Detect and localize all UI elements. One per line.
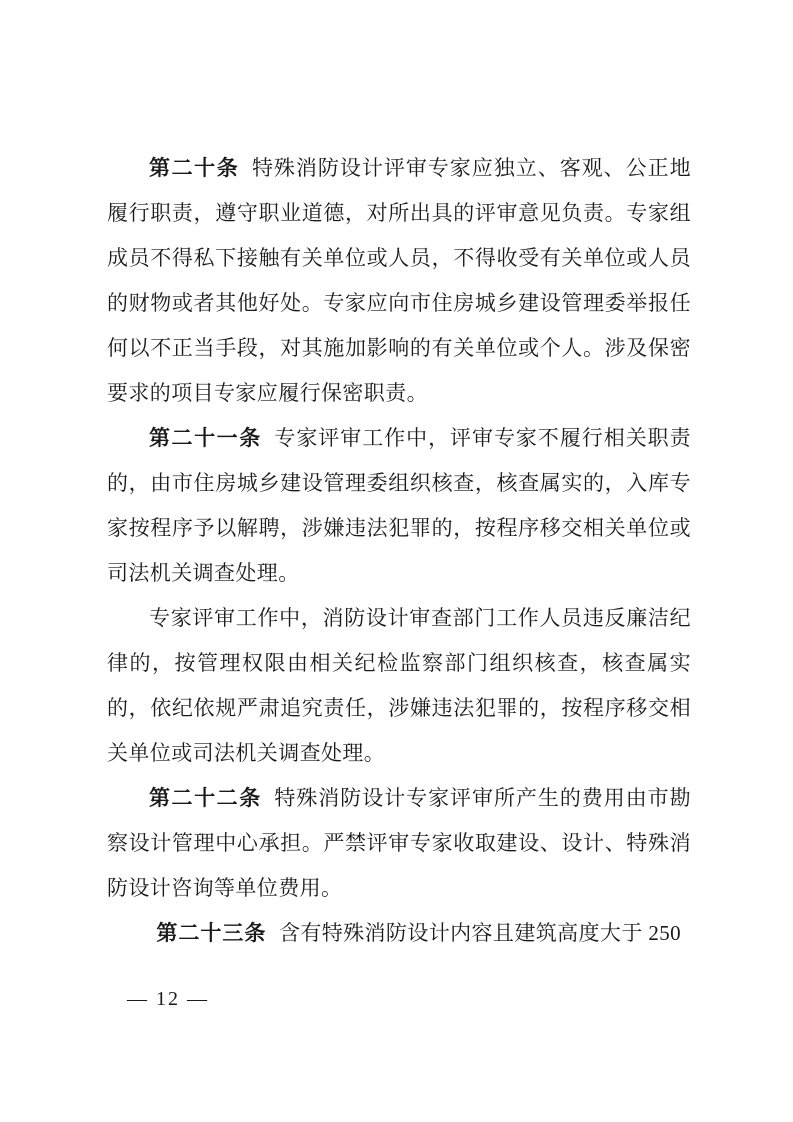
article-number: 第二十三条	[156, 921, 266, 945]
article-number: 第二十条	[149, 156, 239, 180]
document-body: 第二十条特殊消防设计评审专家应独立、客观、公正地履行职责，遵守职业道德，对所出具…	[107, 146, 691, 956]
paragraph-text: 含有特殊消防设计内容且建筑高度大于 250	[279, 921, 681, 945]
paragraph: 专家评审工作中，消防设计审查部门工作人员违反廉洁纪律的，按管理权限由相关纪检监察…	[107, 596, 691, 776]
paragraph: 第二十一条专家评审工作中，评审专家不履行相关职责的，由市住房城乡建设管理委组织核…	[107, 416, 691, 596]
article-number: 第二十二条	[149, 786, 262, 810]
paragraph-text: 特殊消防设计评审专家应独立、客观、公正地履行职责，遵守职业道德，对所出具的评审意…	[107, 156, 691, 405]
paragraph: 第二十条特殊消防设计评审专家应独立、客观、公正地履行职责，遵守职业道德，对所出具…	[107, 146, 691, 416]
paragraph: 第二十三条含有特殊消防设计内容且建筑高度大于 250	[107, 911, 691, 956]
document-page: 第二十条特殊消防设计评审专家应独立、客观、公正地履行职责，遵守职业道德，对所出具…	[0, 0, 793, 1122]
paragraph: 第二十二条特殊消防设计专家评审所产生的费用由市勘察设计管理中心承担。严禁评审专家…	[107, 776, 691, 911]
article-number: 第二十一条	[149, 426, 262, 450]
paragraph-text: 专家评审工作中，消防设计审查部门工作人员违反廉洁纪律的，按管理权限由相关纪检监察…	[107, 606, 691, 765]
page-number: — 12 —	[127, 985, 209, 1013]
